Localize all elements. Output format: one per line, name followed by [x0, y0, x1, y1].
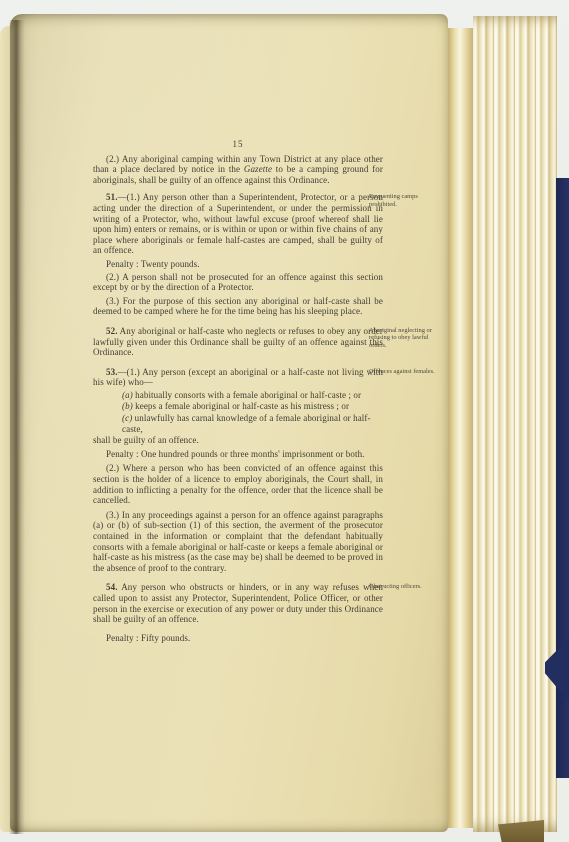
- section-51-sub2: (2.) A person shall not be prosecuted fo…: [93, 272, 383, 293]
- section-54: 54. Any person who obstructs or hinders,…: [93, 582, 383, 624]
- section-53-tail: shall be guilty of an offence.: [93, 435, 383, 446]
- para-camping-offence: (2.) Any aboriginal camping within any T…: [93, 154, 383, 186]
- margin-note-frequenting-camps: Frequenting camps prohibited.: [369, 193, 435, 208]
- section-text: —(1.) Any person other than a Superinten…: [93, 192, 383, 255]
- section-53-sub2: (2.) Where a person who has been convict…: [93, 463, 383, 505]
- book-photo: 15 (2.) Any aboriginal camping within an…: [0, 0, 569, 842]
- gazette-italic: Gazette: [244, 164, 272, 174]
- section-51-sub3: (3.) For the purpose of this section any…: [93, 296, 383, 317]
- margin-note-neglecting-orders: Aboriginal neglecting or refusing to obe…: [369, 327, 435, 349]
- section-53: 53.—(1.) Any person (except an aborigina…: [93, 367, 383, 388]
- list-item-b: (b) keeps a female aboriginal or half-ca…: [122, 401, 383, 412]
- fore-edge-page-stack: [473, 16, 557, 832]
- item-text: habitually consorts with a female aborig…: [133, 390, 361, 400]
- penalty-53: Penalty : One hundred pounds or three mo…: [93, 449, 383, 460]
- penalty-54: Penalty : Fifty pounds.: [93, 633, 383, 644]
- section-text: Any aboriginal or half-caste who neglect…: [93, 326, 383, 357]
- page-gutter-shadow: [9, 20, 25, 834]
- section-number: 52.: [106, 326, 118, 336]
- item-text: unlawfully has carnal knowledge of a fem…: [122, 413, 371, 434]
- section-number: 54.: [106, 582, 118, 592]
- section-52: 52. Any aboriginal or half-caste who neg…: [93, 326, 383, 358]
- section-text: Any person who obstructs or hinders, or …: [93, 582, 383, 624]
- margin-note-offences-against-females: Offences against females.: [369, 368, 435, 375]
- list-item-c: (c) unlawfully has carnal knowledge of a…: [122, 413, 383, 434]
- section-number: 53.: [106, 367, 118, 377]
- item-marker: (a): [122, 390, 133, 400]
- page-number: 15: [93, 139, 383, 150]
- item-marker: (b): [122, 401, 133, 411]
- item-text: keeps a female aboriginal or half-caste …: [133, 401, 349, 411]
- section-51: 51.—(1.) Any person other than a Superin…: [93, 192, 383, 256]
- section-number: 51.: [106, 192, 118, 202]
- penalty-51: Penalty : Twenty pounds.: [93, 259, 383, 270]
- section-text: —(1.) Any person (except an aboriginal o…: [93, 367, 383, 388]
- page-curl-edge: [448, 28, 473, 828]
- printed-text-column: 15 (2.) Any aboriginal camping within an…: [93, 139, 383, 646]
- margin-note-obstructing-officers: Obstructing officers.: [369, 583, 435, 590]
- section-53-sub3: (3.) In any proceedings against a person…: [93, 510, 383, 574]
- item-marker: (c): [122, 413, 132, 423]
- list-item-a: (a) habitually consorts with a female ab…: [122, 390, 383, 401]
